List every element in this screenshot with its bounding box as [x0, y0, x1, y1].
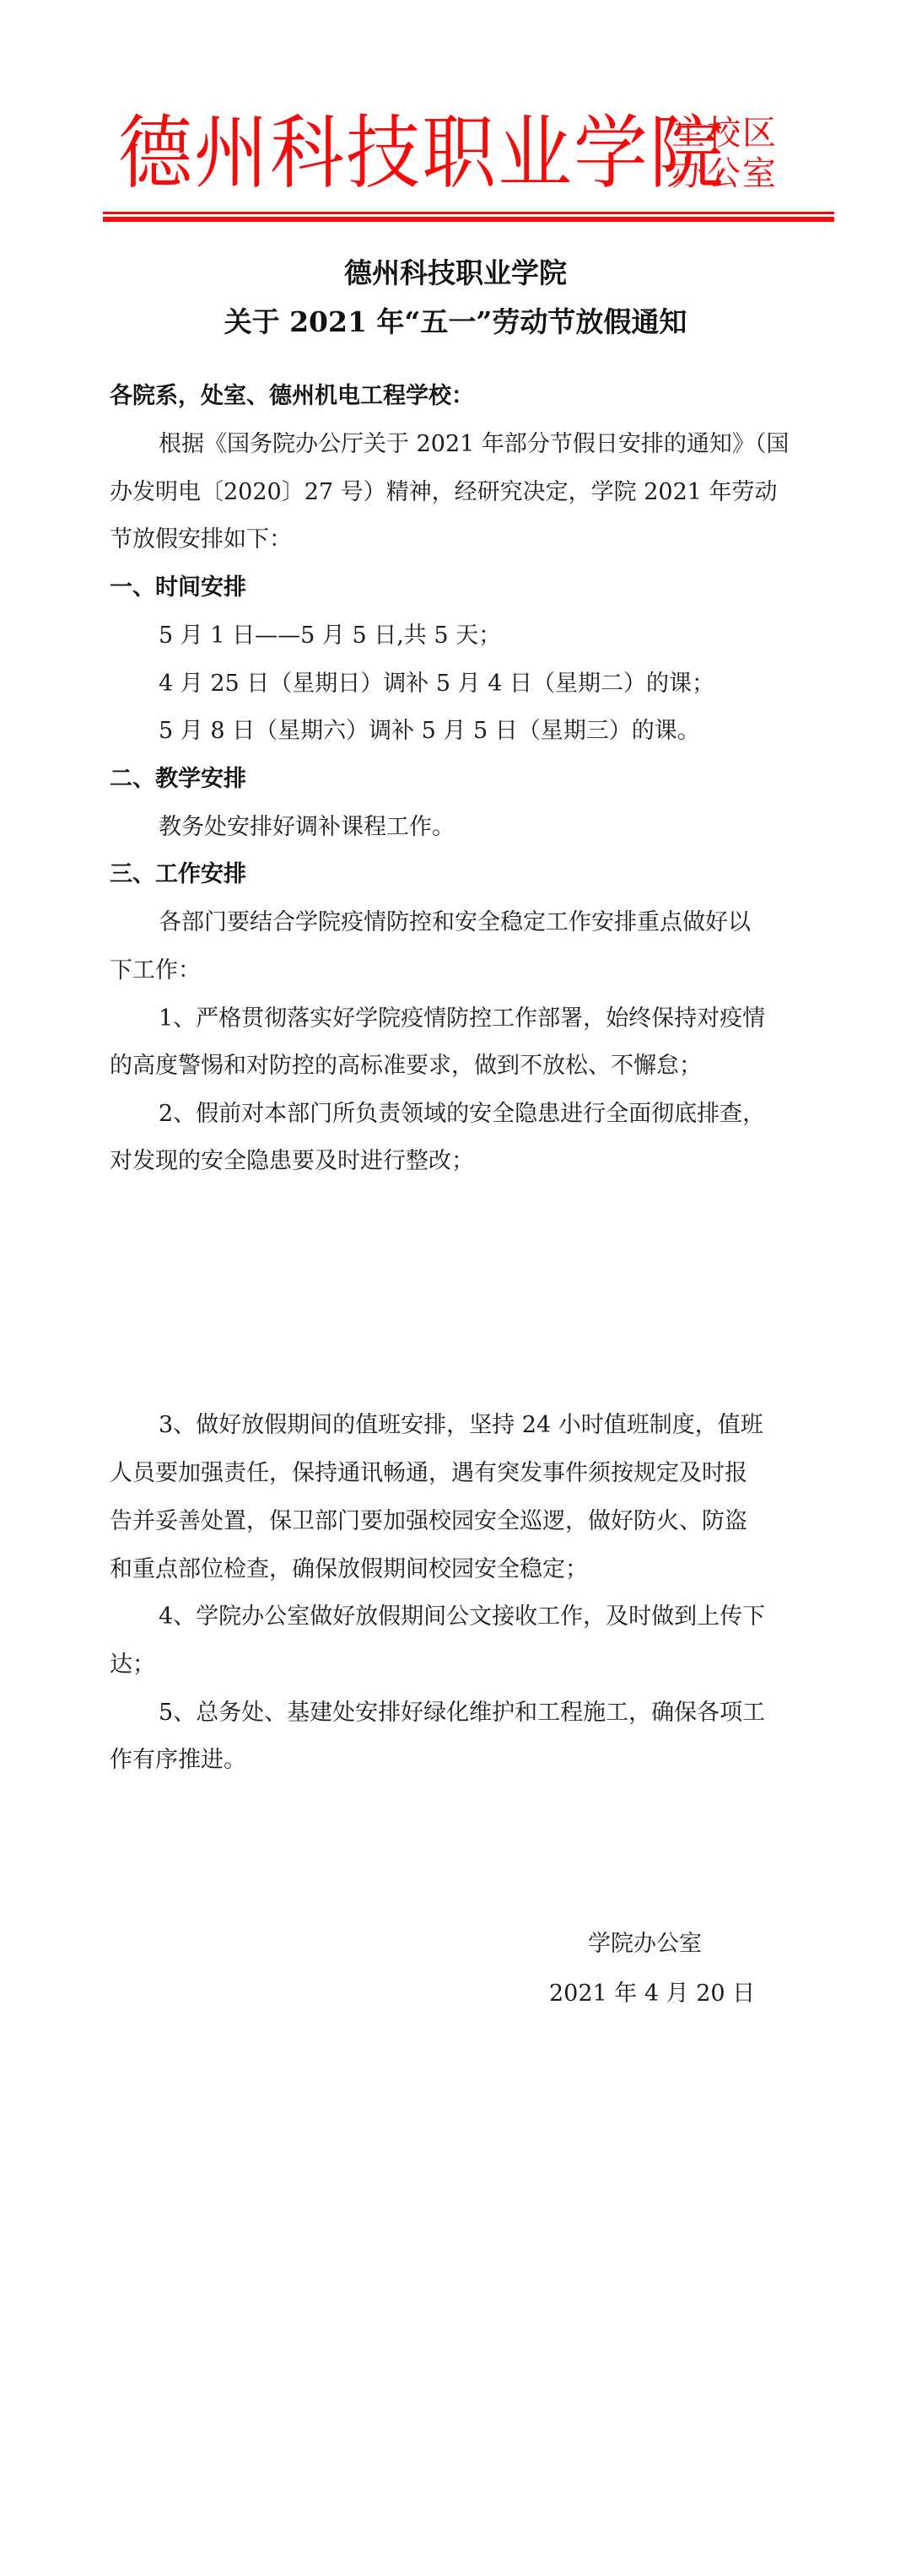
work-item-4-line: 达； [110, 1651, 155, 1679]
document-title-line2: 关于 2021 年“五一”劳动节放假通知 [0, 305, 911, 339]
letterhead-thick-rule [103, 217, 834, 222]
letterhead-campus-label: 主校区 [671, 115, 778, 152]
teaching-line: 教务处安排好调补课程工作。 [159, 813, 455, 842]
work-item-5-line: 作有序推进。 [110, 1746, 246, 1775]
work-intro-line: 下工作： [110, 957, 201, 985]
work-item-3-line: 人员要加强责任，保持通讯畅通，遇有突发事件须按规定及时报 [110, 1459, 747, 1488]
letterhead-office-label: 办公室 [671, 155, 778, 192]
work-item-2-line: 对发现的安全隐患要及时进行整改； [110, 1147, 474, 1176]
work-item-5-line: 5、总务处、基建处安排好绿化维护和工程施工，确保各项工 [159, 1699, 765, 1727]
work-item-3-line: 和重点部位检查，确保放假期间校园安全稳定； [110, 1555, 588, 1584]
signature-date: 2021 年 4 月 20 日 [549, 1980, 755, 2008]
section-heading-teaching: 二、教学安排 [110, 765, 246, 794]
schedule-line: 5 月 8 日（星期六）调补 5 月 5 日（星期三）的课。 [159, 717, 700, 746]
section-heading-work: 三、工作安排 [110, 860, 246, 889]
work-item-2-line: 2、假前对本部门所负责领域的安全隐患进行全面彻底排查， [159, 1100, 765, 1129]
work-item-1-line: 的高度警惕和对防控的高标准要求，做到不放松、不懈怠； [110, 1052, 702, 1081]
schedule-line: 5 月 1 日——5 月 5 日,共 5 天； [159, 622, 501, 650]
document-title-line1: 德州科技职业学院 [0, 256, 911, 290]
signature-office: 学院办公室 [588, 1930, 702, 1959]
intro-line: 办发明电〔2020〕27 号）精神，经研究决定，学院 2021 年劳动 [110, 478, 778, 507]
work-item-1-line: 1、严格贯彻落实好学院疫情防控工作部署，始终保持对疫情 [159, 1005, 765, 1033]
salutation: 各院系，处室、德州机电工程学校： [110, 382, 474, 411]
intro-line: 根据《国务院办公厅关于 2021 年部分节假日安排的通知》（国 [159, 430, 789, 459]
work-item-3-line: 3、做好放假期间的值班安排，坚持 24 小时值班制度，值班 [159, 1411, 763, 1440]
work-item-3-line: 告并妥善处置，保卫部门要加强校园安全巡逻，做好防火、防盗 [110, 1507, 747, 1536]
work-item-4-line: 4、学院办公室做好放假期间公文接收工作，及时做到上传下 [159, 1603, 765, 1631]
section-heading-time: 一、时间安排 [110, 574, 246, 602]
intro-line: 节放假安排如下： [110, 525, 292, 554]
schedule-line: 4 月 25 日（星期日）调补 5 月 4 日（星期二）的课； [159, 670, 714, 698]
letterhead-thin-rule [103, 212, 834, 214]
work-intro-line: 各部门要结合学院疫情防控和安全稳定工作安排重点做好以 [159, 908, 751, 937]
letterhead-org-name: 德州科技职业学院 [118, 103, 725, 203]
